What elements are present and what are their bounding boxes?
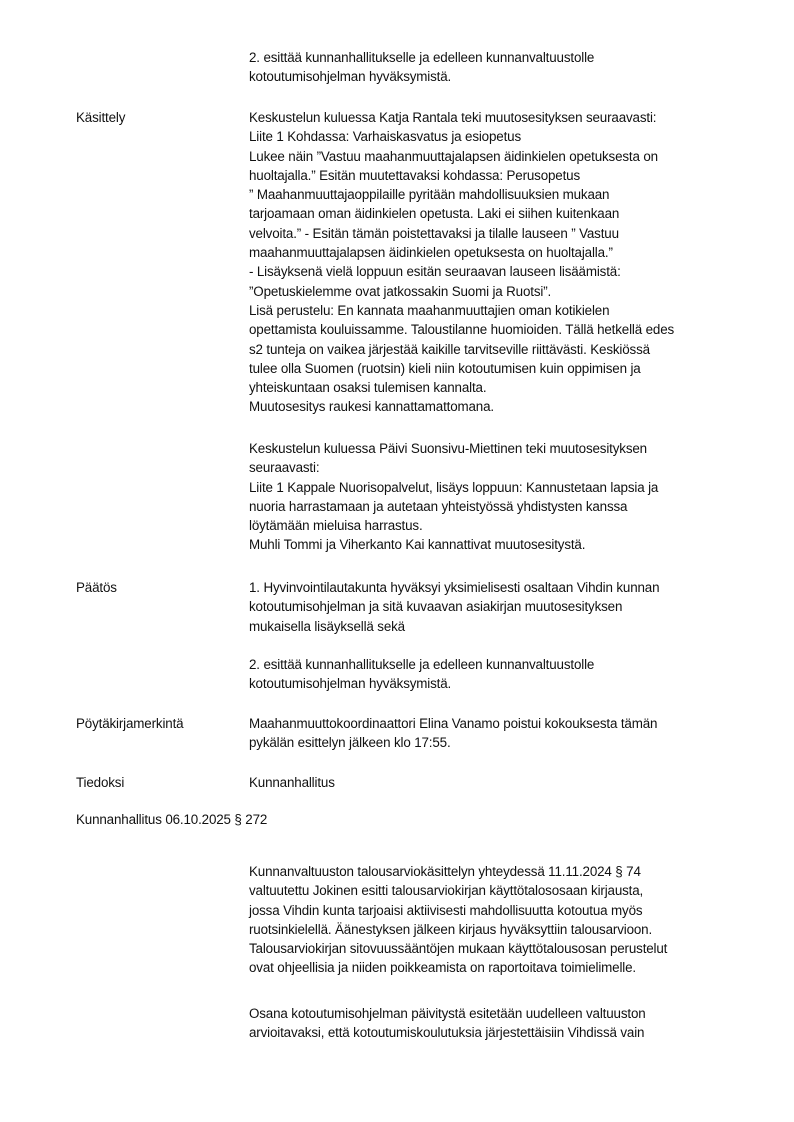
text-line: - Lisäyksenä vielä loppuun esitän seuraa… [249,262,674,281]
text-line: löytämään mieluisa harrastus. [249,516,658,535]
paatos-item-2: 2. esittää kunnanhallitukselle ja edelle… [249,655,594,694]
text-line: Muutosesitys raukesi kannattamattomana. [249,397,674,416]
text-line: Maahanmuuttokoordinaattori Elina Vanamo … [249,714,657,733]
text-line: yhteiskuntaan osaksi tulemisen kannalta. [249,378,674,397]
text-line: nuoria harrastamaan ja autetaan yhteisty… [249,497,658,516]
text-line: Lisä perustelu: En kannata maahanmuuttaj… [249,301,674,320]
text-line: valtuutettu Jokinen esitti talousarvioki… [249,881,667,900]
text-line: huoltajalla.” Esitän muutettavaksi kohda… [249,166,674,185]
poytakirjamerkinta-text: Maahanmuuttokoordinaattori Elina Vanamo … [249,714,657,753]
paatos-item-1: 1. Hyvinvointilautakunta hyväksyi yksimi… [249,578,659,636]
text-line: seuraavasti: [249,458,658,477]
text-line: 2. esittää kunnanhallitukselle ja edelle… [249,655,594,674]
text-line: Osana kotoutumisohjelman päivitystä esit… [249,1004,646,1023]
text-line: opettamista kouluissamme. Taloustilanne … [249,320,674,339]
text-line: pykälän esittelyn jälkeen klo 17:55. [249,733,657,752]
section-label-tiedoksi: Tiedoksi [76,773,124,792]
text-line: Liite 1 Kohdassa: Varhaiskasvatus ja esi… [249,127,674,146]
text-line: s2 tunteja on vaikea järjestää kaikille … [249,340,674,359]
section-label-paatos: Päätös [76,578,117,597]
kasittely-paragraph-1: Keskustelun kuluessa Katja Rantala teki … [249,108,674,417]
text-line: mukaisella lisäyksellä sekä [249,617,659,636]
text-line: arvioitavaksi, että kotoutumiskoulutuksi… [249,1023,646,1042]
kunnanhallitus-paragraph-2: Osana kotoutumisohjelman päivitystä esit… [249,1004,646,1043]
text-line: ”Opetuskielemme ovat jatkossakin Suomi j… [249,282,674,301]
section-label-poytakirjamerkinta: Pöytäkirjamerkintä [76,714,183,733]
text-line: tarjoamaan oman äidinkielen opetusta. La… [249,204,674,223]
text-line: ovat ohjeellisia ja niiden poikkeamista … [249,958,667,977]
text-line: ” Maahanmuuttajaoppilaille pyritään mahd… [249,185,674,204]
text-line: kotoutumisohjelman hyväksymistä. [249,67,594,86]
text-line: 2. esittää kunnanhallitukselle ja edelle… [249,48,594,67]
text-line: Kunnanvaltuuston talousarviokäsittelyn y… [249,862,667,881]
text-line: kotoutumisohjelman ja sitä kuvaavan asia… [249,597,659,616]
kunnanhallitus-paragraph-1: Kunnanvaltuuston talousarviokäsittelyn y… [249,862,667,978]
intro-decision-text: 2. esittää kunnanhallitukselle ja edelle… [249,48,594,87]
section-label-kasittely: Käsittely [76,108,125,127]
document-page: 2. esittää kunnanhallitukselle ja edelle… [0,0,794,1122]
meeting-heading: Kunnanhallitus 06.10.2025 § 272 [76,810,267,829]
text-line: Talousarviokirjan sitovuussääntöjen muka… [249,939,667,958]
text-line: tulee olla Suomen (ruotsin) kieli niin k… [249,359,674,378]
text-line: velvoita.” - Esitän tämän poistettavaksi… [249,224,674,243]
tiedoksi-value: Kunnanhallitus [249,773,335,792]
text-line: ruotsinkielellä. Äänestyksen jälkeen kir… [249,920,667,939]
text-line: kotoutumisohjelman hyväksymistä. [249,674,594,693]
text-line: Lukee näin ”Vastuu maahanmuuttajalapsen … [249,147,674,166]
text-line: Muhli Tommi ja Viherkanto Kai kannattiva… [249,535,658,554]
text-line: maahanmuuttajalapsen äidinkielen opetuks… [249,243,674,262]
text-line: 1. Hyvinvointilautakunta hyväksyi yksimi… [249,578,659,597]
kasittely-paragraph-2: Keskustelun kuluessa Päivi Suonsivu-Miet… [249,439,658,555]
text-line: Liite 1 Kappale Nuorisopalvelut, lisäys … [249,478,658,497]
text-line: jossa Vihdin kunta tarjoaisi aktiivisest… [249,901,667,920]
text-line: Keskustelun kuluessa Katja Rantala teki … [249,108,674,127]
text-line: Keskustelun kuluessa Päivi Suonsivu-Miet… [249,439,658,458]
